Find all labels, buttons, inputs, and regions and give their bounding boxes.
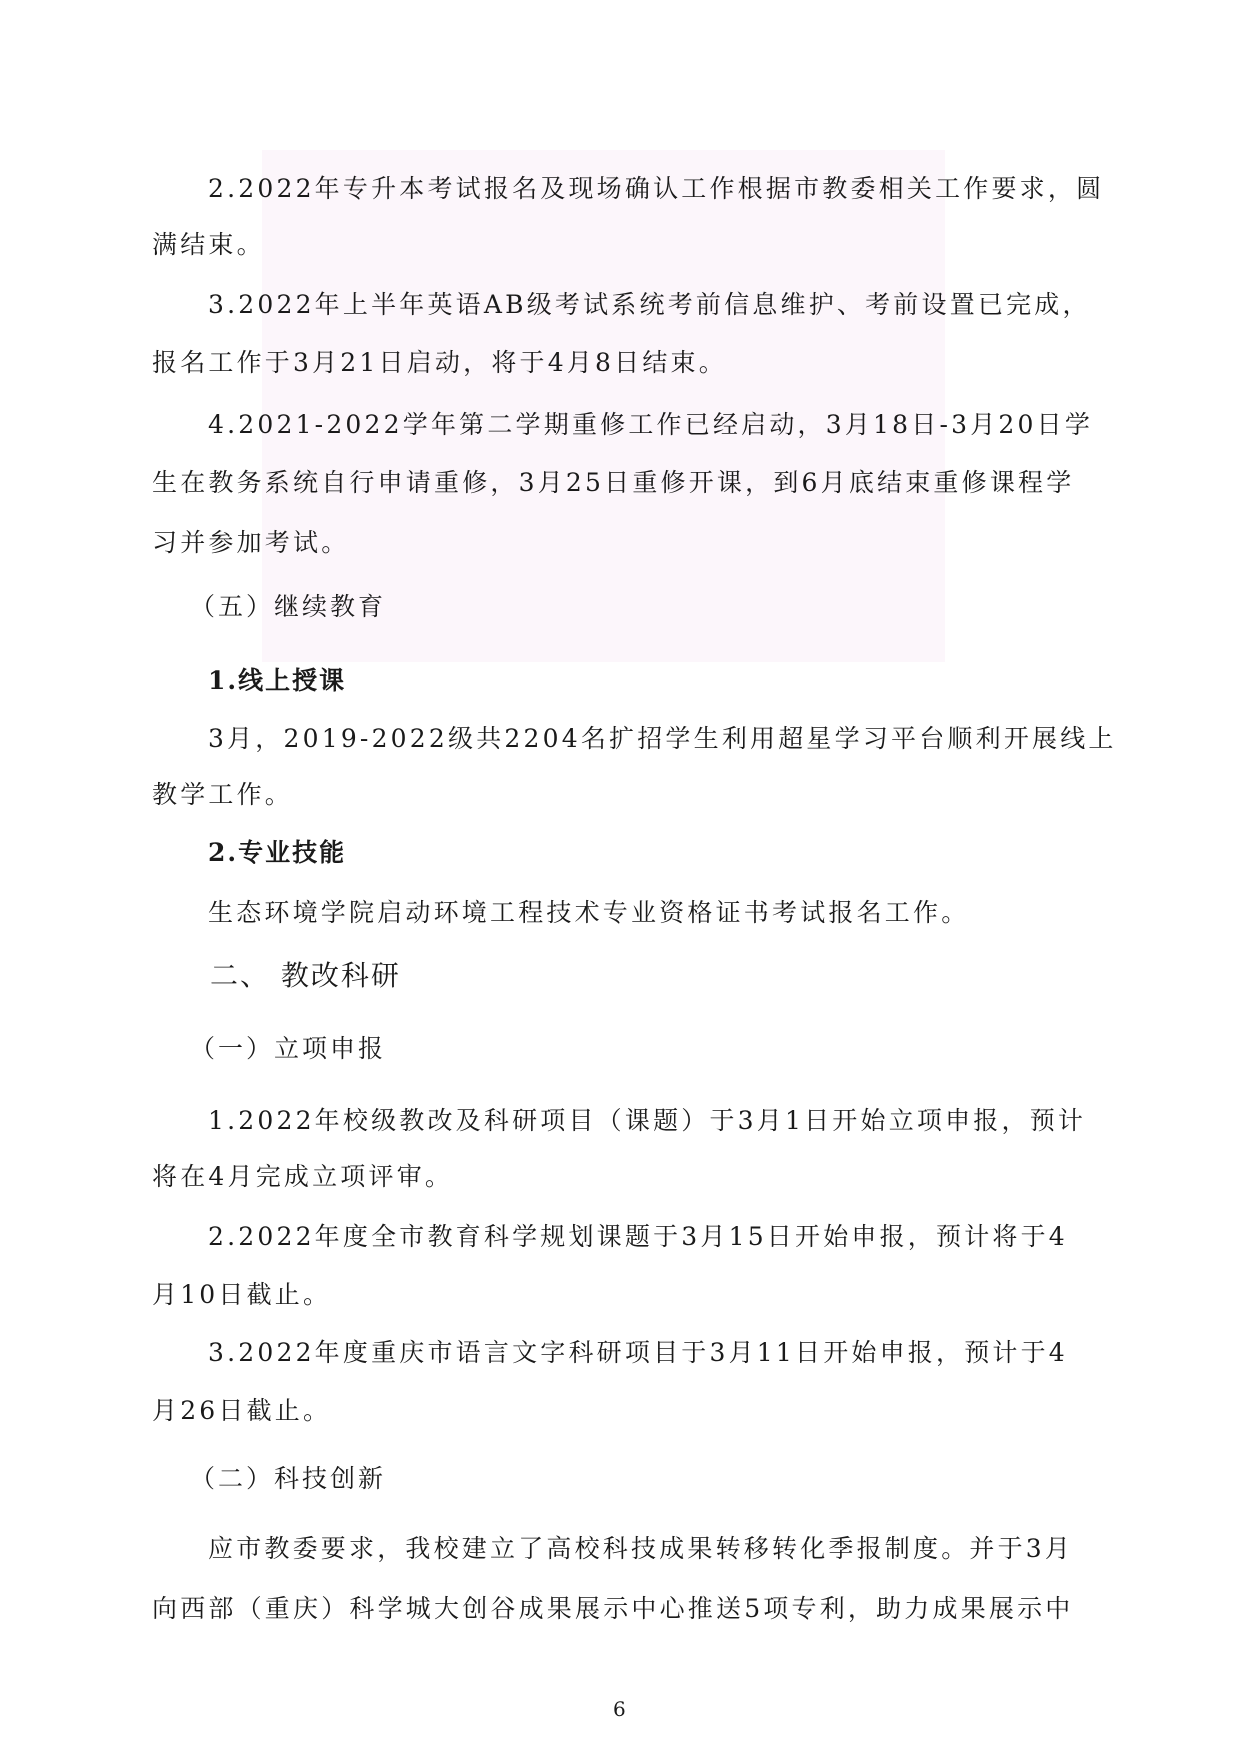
paragraph-line: 3月，2019-2022级共2204名扩招学生利用超星学习平台顺利开展线上 [208, 722, 1117, 756]
paragraph-line: 月10日截止。 [152, 1278, 331, 1312]
subsection-heading: （五）继续教育 [190, 590, 386, 624]
paragraph-line: 生在教务系统自行申请重修，3月25日重修开课，到6月底结束重修课程学 [152, 466, 1074, 500]
paragraph-line: 满结束。 [152, 228, 265, 262]
paragraph-line: 2.2022年专升本考试报名及现场确认工作根据市教委相关工作要求，圆 [208, 172, 1104, 206]
paragraph-line: 应市教委要求，我校建立了高校科技成果转移转化季报制度。并于3月 [208, 1532, 1073, 1566]
paragraph-line: 3.2022年上半年英语AB级考试系统考前信息维护、考前设置已完成， [208, 288, 1091, 322]
paragraph-line: 1.2022年校级教改及科研项目（课题）于3月1日开始立项申报，预计 [208, 1104, 1086, 1138]
paragraph-line: 2.2022年度全市教育科学规划课题于3月15日开始申报，预计将于4 [208, 1220, 1068, 1254]
paragraph-line: 月26日截止。 [152, 1394, 331, 1428]
paragraph-line: 习并参加考试。 [152, 526, 349, 560]
paragraph-line: 生态环境学院启动环境工程技术专业资格证书考试报名工作。 [208, 896, 969, 930]
page-number: 6 [613, 1697, 626, 1721]
subsection-heading: （二）科技创新 [190, 1462, 386, 1496]
item-heading: 1.线上授课 [208, 664, 346, 698]
paragraph-line: 向西部（重庆）科学城大创谷成果展示中心推送5项专利，助力成果展示中 [152, 1592, 1074, 1626]
paragraph-line: 将在4月完成立项评审。 [152, 1160, 453, 1194]
paragraph-line: 4.2021-2022学年第二学期重修工作已经启动，3月18日-3月20日学 [208, 408, 1093, 442]
paragraph-line: 报名工作于3月21日启动，将于4月8日结束。 [152, 346, 727, 380]
subsection-heading: （一）立项申报 [190, 1032, 386, 1066]
paragraph-line: 教学工作。 [152, 778, 293, 812]
section-heading: 二、 教改科研 [210, 958, 401, 994]
background-tint [262, 150, 945, 662]
paragraph-line: 3.2022年度重庆市语言文字科研项目于3月11日开始申报，预计于4 [208, 1336, 1068, 1370]
item-heading: 2.专业技能 [208, 836, 346, 870]
